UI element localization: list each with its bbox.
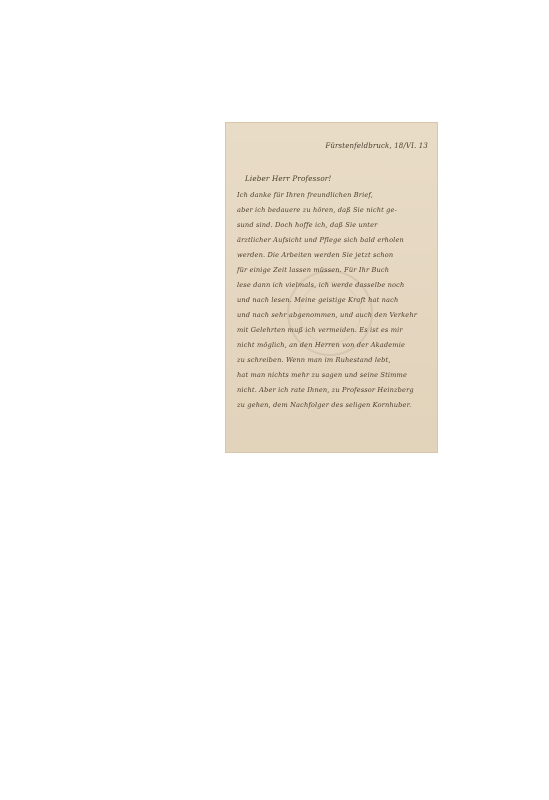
letter-salutation: Lieber Herr Professor! [245,174,331,183]
letter-line: sund sind. Doch hoffe ich, daß Sie unter [237,221,377,229]
letter-line: für einige Zeit lassen müssen. Für Ihr B… [237,266,389,274]
letter-line: lese dann ich vielmals, ich werde dassel… [237,281,404,289]
letter-line: zu schreiben. Wenn man im Ruhestand lebt… [237,356,391,364]
letter-line: und nach lesen. Meine geistige Kraft hat… [237,296,398,304]
letter-line: aber ich bedauere zu hören, daß Sie nich… [237,206,397,214]
letter-line: nicht. Aber ich rate Ihnen, zu Professor… [237,386,414,394]
letter-dateline: Fürstenfeldbruck, 18/VI. 13 [325,142,428,150]
letter-line: ärztlicher Aufsicht und Pflege sich bald… [237,236,404,244]
letter-line: Ich danke für Ihren freundlichen Brief, [237,191,373,199]
letter-line: werden. Die Arbeiten werden Sie jetzt sc… [237,251,393,259]
letter-line: mit Gelehrten muß ich vermeiden. Es ist … [237,326,403,334]
handwritten-letter: Fürstenfeldbruck, 18/VI. 13 Lieber Herr … [225,122,438,453]
letter-line: nicht möglich, an den Herren von der Aka… [237,341,405,349]
letter-line: und nach sehr abgenommen, und auch den V… [237,311,417,319]
letter-line: hat man nichts mehr zu sagen und seine S… [237,371,407,379]
letter-line: zu gehen, dem Nachfolger des seligen Kor… [237,401,411,409]
